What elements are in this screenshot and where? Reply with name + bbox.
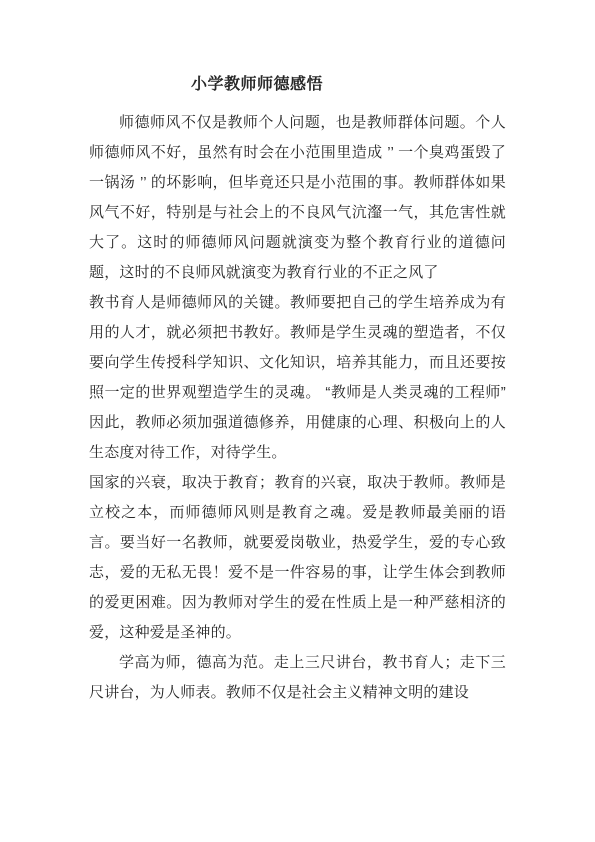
- document-body: 小学教师师德感悟 师德师风不仅是教师个人问题，也是教师群体问题。个人师德师风不好…: [89, 70, 506, 708]
- paragraph-role-model: 学高为师，德高为范。走上三尺讲台，教书育人；走下三尺讲台，为人师表。教师不仅是社…: [89, 648, 506, 708]
- document-page: 小学教师师德感悟 师德师风不仅是教师个人问题，也是教师群体问题。个人师德师风不好…: [0, 0, 595, 842]
- paragraph-nation-education-love: 国家的兴衰，取决于教育；教育的兴衰，取决于教师。教师是立校之本，而师德师风则是教…: [89, 468, 506, 648]
- paragraph-teacher-ethics-intro: 师德师风不仅是教师个人问题，也是教师群体问题。个人师德师风不好，虽然有时会在小范…: [89, 108, 506, 288]
- document-title: 小学教师师德感悟: [89, 70, 506, 100]
- paragraph-teaching-is-key: 教书育人是师德师风的关键。教师要把自己的学生培养成为有用的人才，就必须把书教好。…: [89, 288, 506, 468]
